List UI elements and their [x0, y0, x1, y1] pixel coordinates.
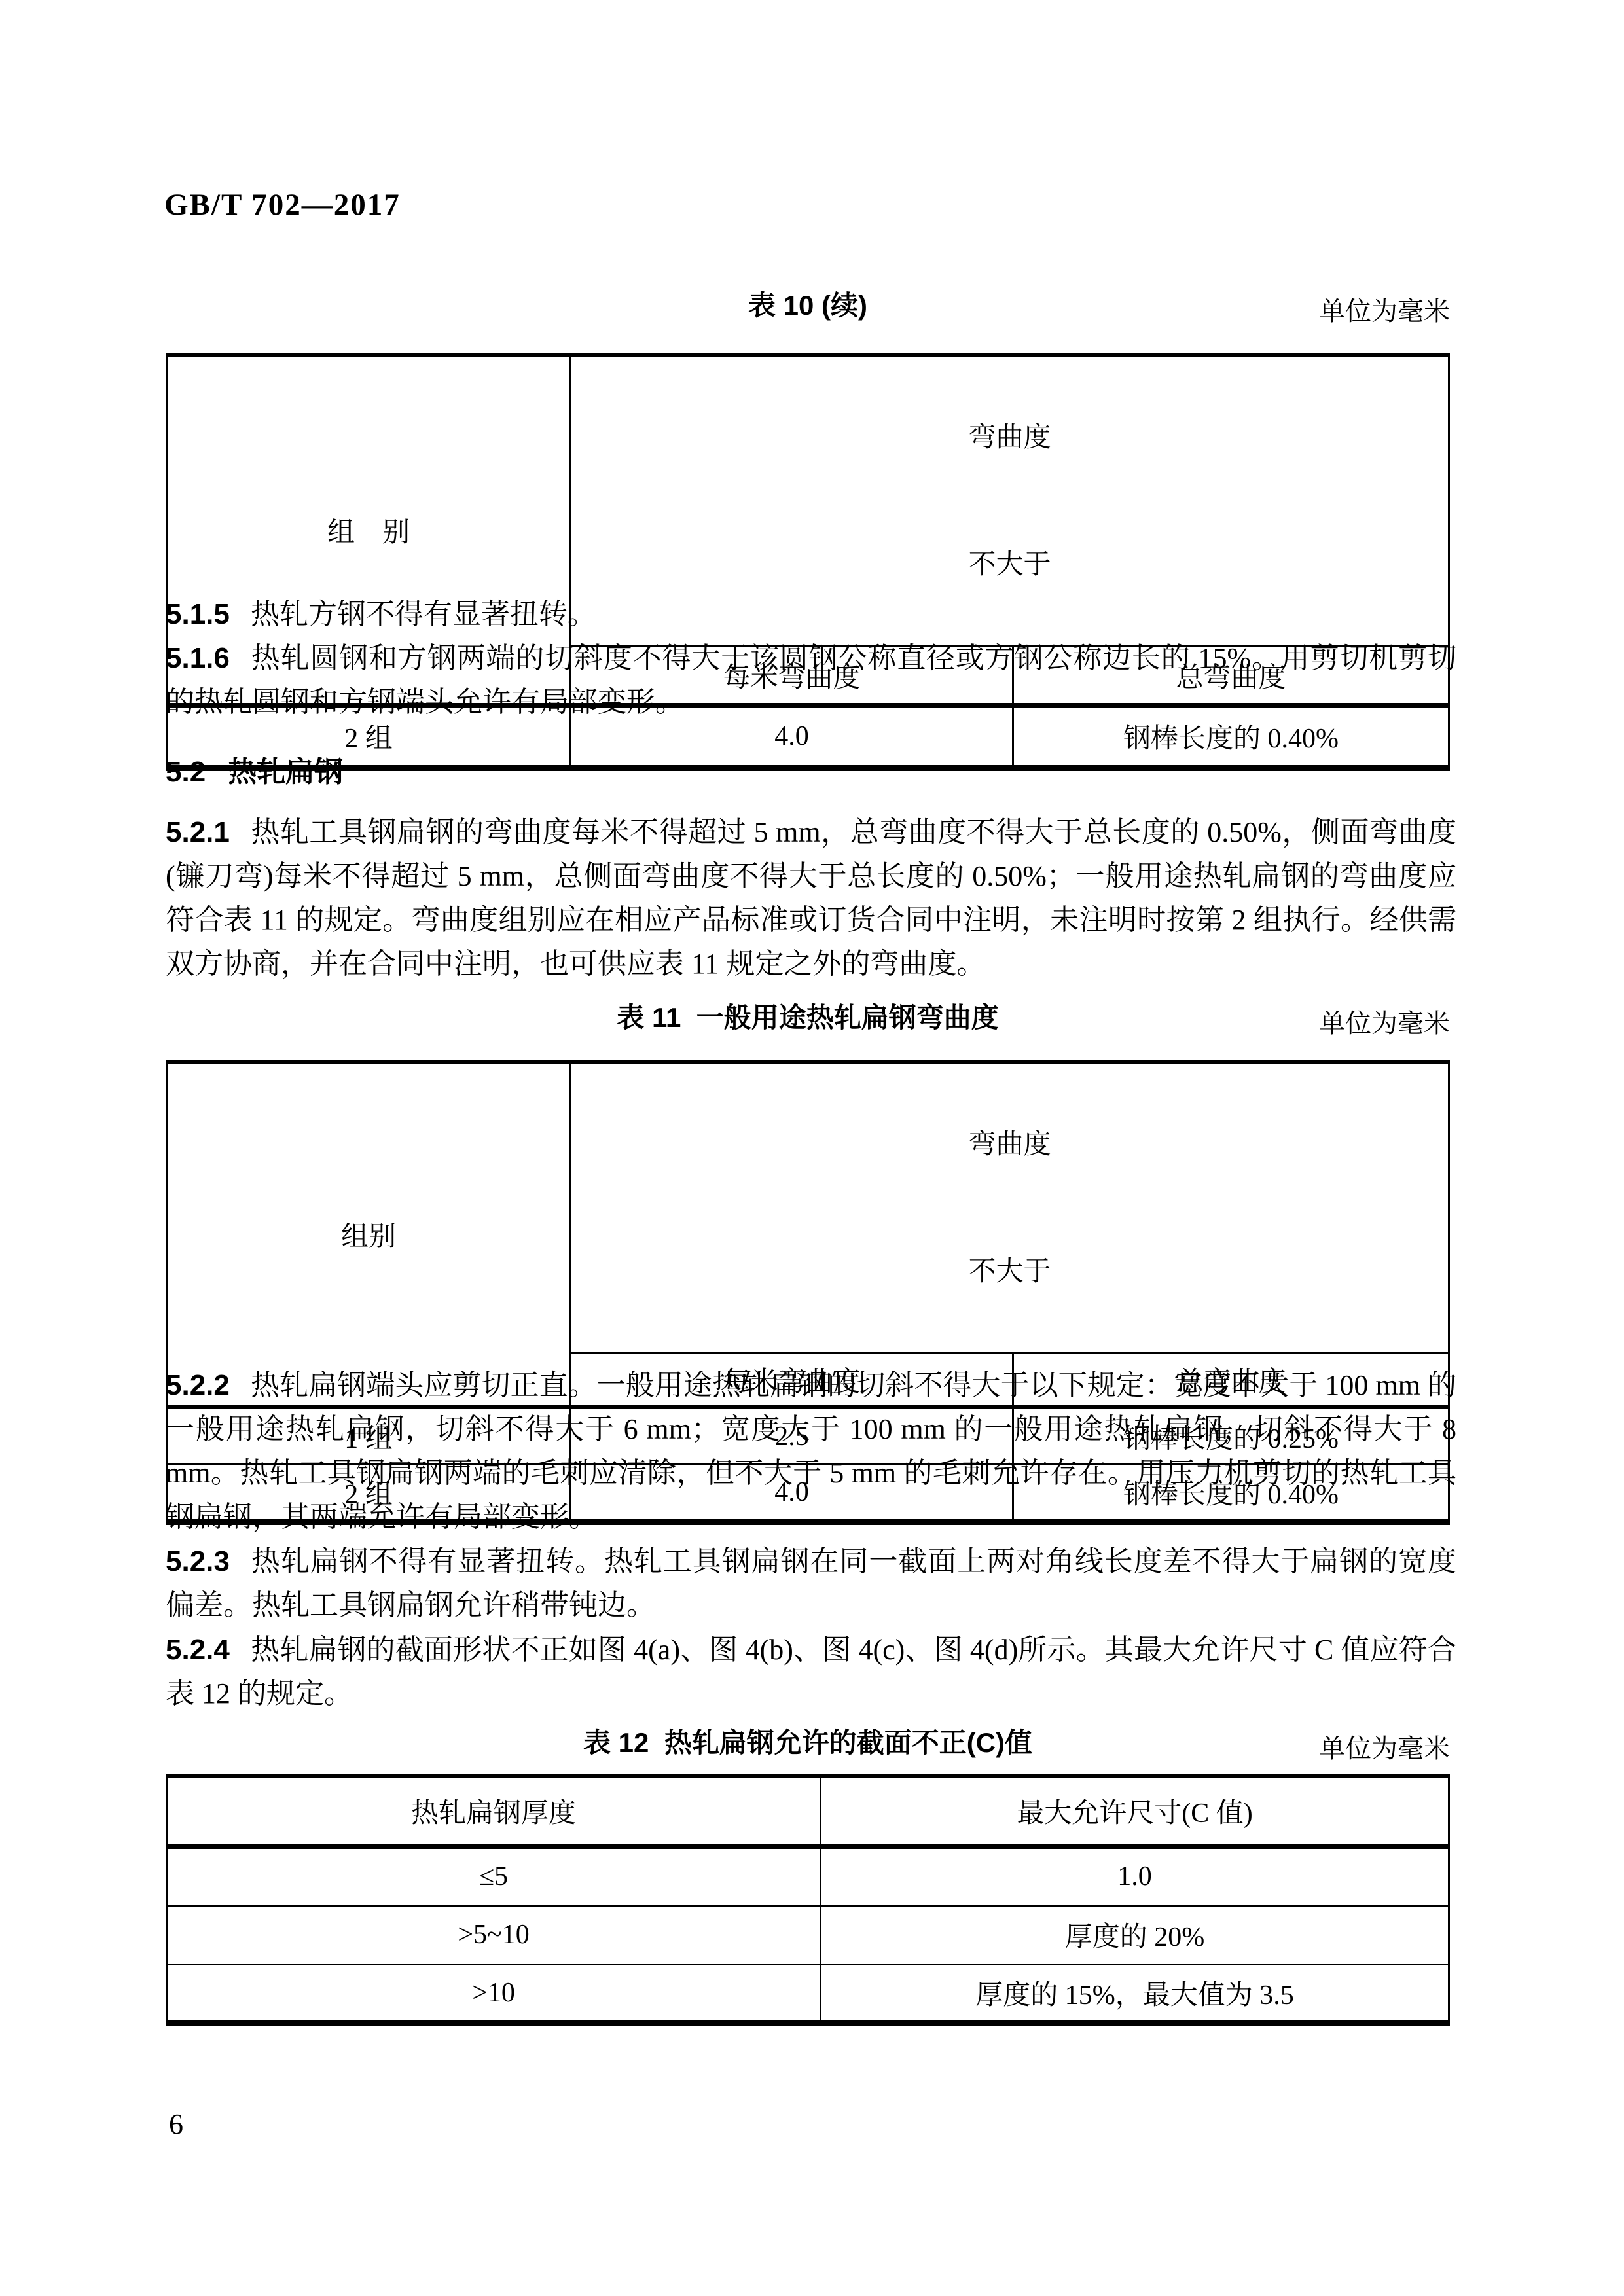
table12-col-thickness: 热轧扁钢厚度: [167, 1776, 821, 1846]
table12-row3-thickness: >10: [167, 1964, 821, 2023]
table10-caption-row: 表 10 (续) 单位为毫米: [166, 287, 1450, 325]
table12-row1-max: 1.0: [821, 1846, 1449, 1905]
clause-text: 热轧扁钢不得有显著扭转。热轧工具钢扁钢在同一截面上两对角线长度差不得大于扁钢的宽…: [166, 1545, 1456, 1621]
table-row: >10 厚度的 15%，最大值为 3.5: [167, 1964, 1449, 2023]
table12-row2-thickness: >5~10: [167, 1905, 821, 1964]
table11-caption-row: 表 11 一般用途热轧扁钢弯曲度 单位为毫米: [166, 999, 1450, 1037]
clause-number: 5.2.3: [166, 1545, 230, 1577]
clause-text: 热轧工具钢扁钢的弯曲度每米不得超过 5 mm，总弯曲度不得大于总长度的 0.50…: [166, 816, 1456, 980]
table12-row3-max: 厚度的 15%，最大值为 3.5: [821, 1964, 1449, 2023]
table12-row1-thickness: ≤5: [167, 1846, 821, 1905]
table11-bend-cond: 不大于: [571, 1254, 1448, 1289]
clause-number: 5.2.2: [166, 1369, 230, 1401]
table12-unit-label: 单位为毫米: [1319, 1728, 1450, 1765]
table12-col-max: 最大允许尺寸(C 值): [821, 1776, 1449, 1846]
heading-title: 热轧扁钢: [228, 756, 343, 788]
clause-5-2-2: 5.2.2热轧扁钢端头应剪切正直。一般用途热轧扁钢的切斜不得大于以下规定：宽度不…: [166, 1363, 1456, 1539]
table-row: ≤5 1.0: [167, 1846, 1449, 1905]
clause-number: 5.2.1: [166, 816, 230, 848]
clause-5-2-4: 5.2.4热轧扁钢的截面形状不正如图 4(a)、图 4(b)、图 4(c)、图 …: [166, 1628, 1456, 1715]
table12: 热轧扁钢厚度 最大允许尺寸(C 值) ≤5 1.0 >5~10 厚度的 20% …: [166, 1774, 1450, 2026]
table11-caption: 表 11 一般用途热轧扁钢弯曲度: [617, 1002, 998, 1033]
table11-col-group: 组别: [167, 1062, 571, 1407]
clause-text: 热轧扁钢的截面形状不正如图 4(a)、图 4(b)、图 4(c)、图 4(d)所…: [166, 1634, 1456, 1710]
table12-row2-max: 厚度的 20%: [821, 1905, 1449, 1964]
table10-caption: 表 10 (续): [748, 290, 867, 321]
table10-unit-label: 单位为毫米: [1319, 291, 1450, 328]
clause-number: 5.1.5: [166, 598, 230, 630]
table12-header-row: 热轧扁钢厚度 最大允许尺寸(C 值): [167, 1776, 1449, 1846]
table12-caption-row: 表 12 热轧扁钢允许的截面不正(C)值 单位为毫米: [166, 1724, 1450, 1762]
clause-text: 热轧圆钢和方钢两端的切斜度不得大于该圆钢公称直径或方钢公称边长的 15%。用剪切…: [166, 642, 1456, 718]
clause-number: 5.1.6: [166, 642, 230, 674]
table10-bend-title: 弯曲度: [571, 420, 1448, 456]
table11-bend-header: 弯曲度 不大于: [571, 1062, 1449, 1354]
table11-unit-label: 单位为毫米: [1319, 1003, 1450, 1040]
clause-5-2-1: 5.2.1热轧工具钢扁钢的弯曲度每米不得超过 5 mm，总弯曲度不得大于总长度的…: [166, 810, 1456, 986]
heading-number: 5.2: [166, 756, 206, 788]
clause-text: 热轧扁钢端头应剪切正直。一般用途热轧扁钢的切斜不得大于以下规定：宽度不大于 10…: [166, 1369, 1456, 1533]
document-page: GB/T 702—2017 表 10 (续) 单位为毫米 组 别 弯曲度 不大于…: [0, 0, 1624, 2296]
clause-5-1-6: 5.1.6热轧圆钢和方钢两端的切斜度不得大于该圆钢公称直径或方钢公称边长的 15…: [166, 636, 1456, 724]
clause-text: 热轧方钢不得有显著扭转。: [251, 598, 596, 630]
page-number: 6: [169, 2108, 183, 2141]
table11-bend-title: 弯曲度: [571, 1127, 1448, 1162]
clause-number: 5.2.4: [166, 1634, 230, 1666]
table12-caption: 表 12 热轧扁钢允许的截面不正(C)值: [583, 1727, 1032, 1758]
heading-5-2: 5.2热轧扁钢: [166, 750, 1456, 794]
clause-5-1-5: 5.1.5热轧方钢不得有显著扭转。: [166, 592, 1456, 636]
table-row: >5~10 厚度的 20%: [167, 1905, 1449, 1964]
table10-bend-cond: 不大于: [571, 547, 1448, 583]
table11-header-row: 组别 弯曲度 不大于: [167, 1062, 1449, 1354]
doc-code: GB/T 702—2017: [164, 187, 401, 223]
clause-5-2-3: 5.2.3热轧扁钢不得有显著扭转。热轧工具钢扁钢在同一截面上两对角线长度差不得大…: [166, 1539, 1456, 1627]
